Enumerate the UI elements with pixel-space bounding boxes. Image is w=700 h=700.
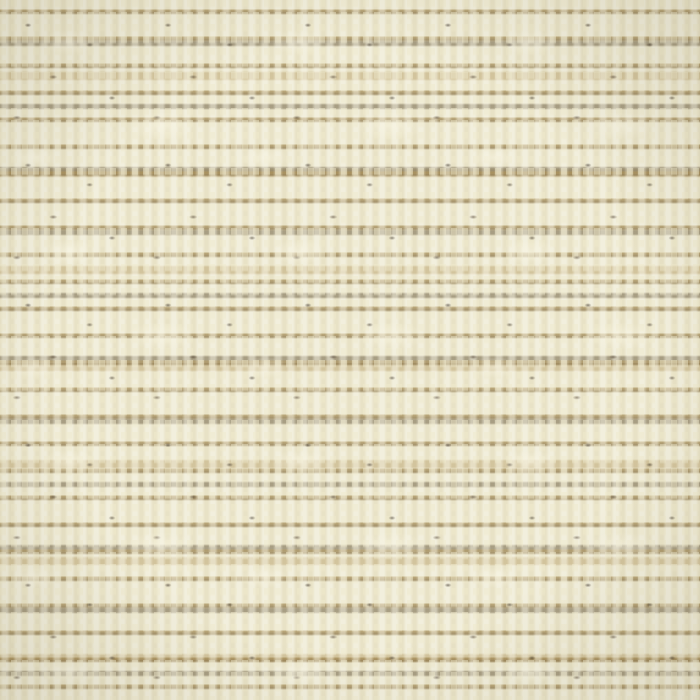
vignette	[0, 0, 700, 700]
fabric-texture-photo	[0, 0, 700, 700]
